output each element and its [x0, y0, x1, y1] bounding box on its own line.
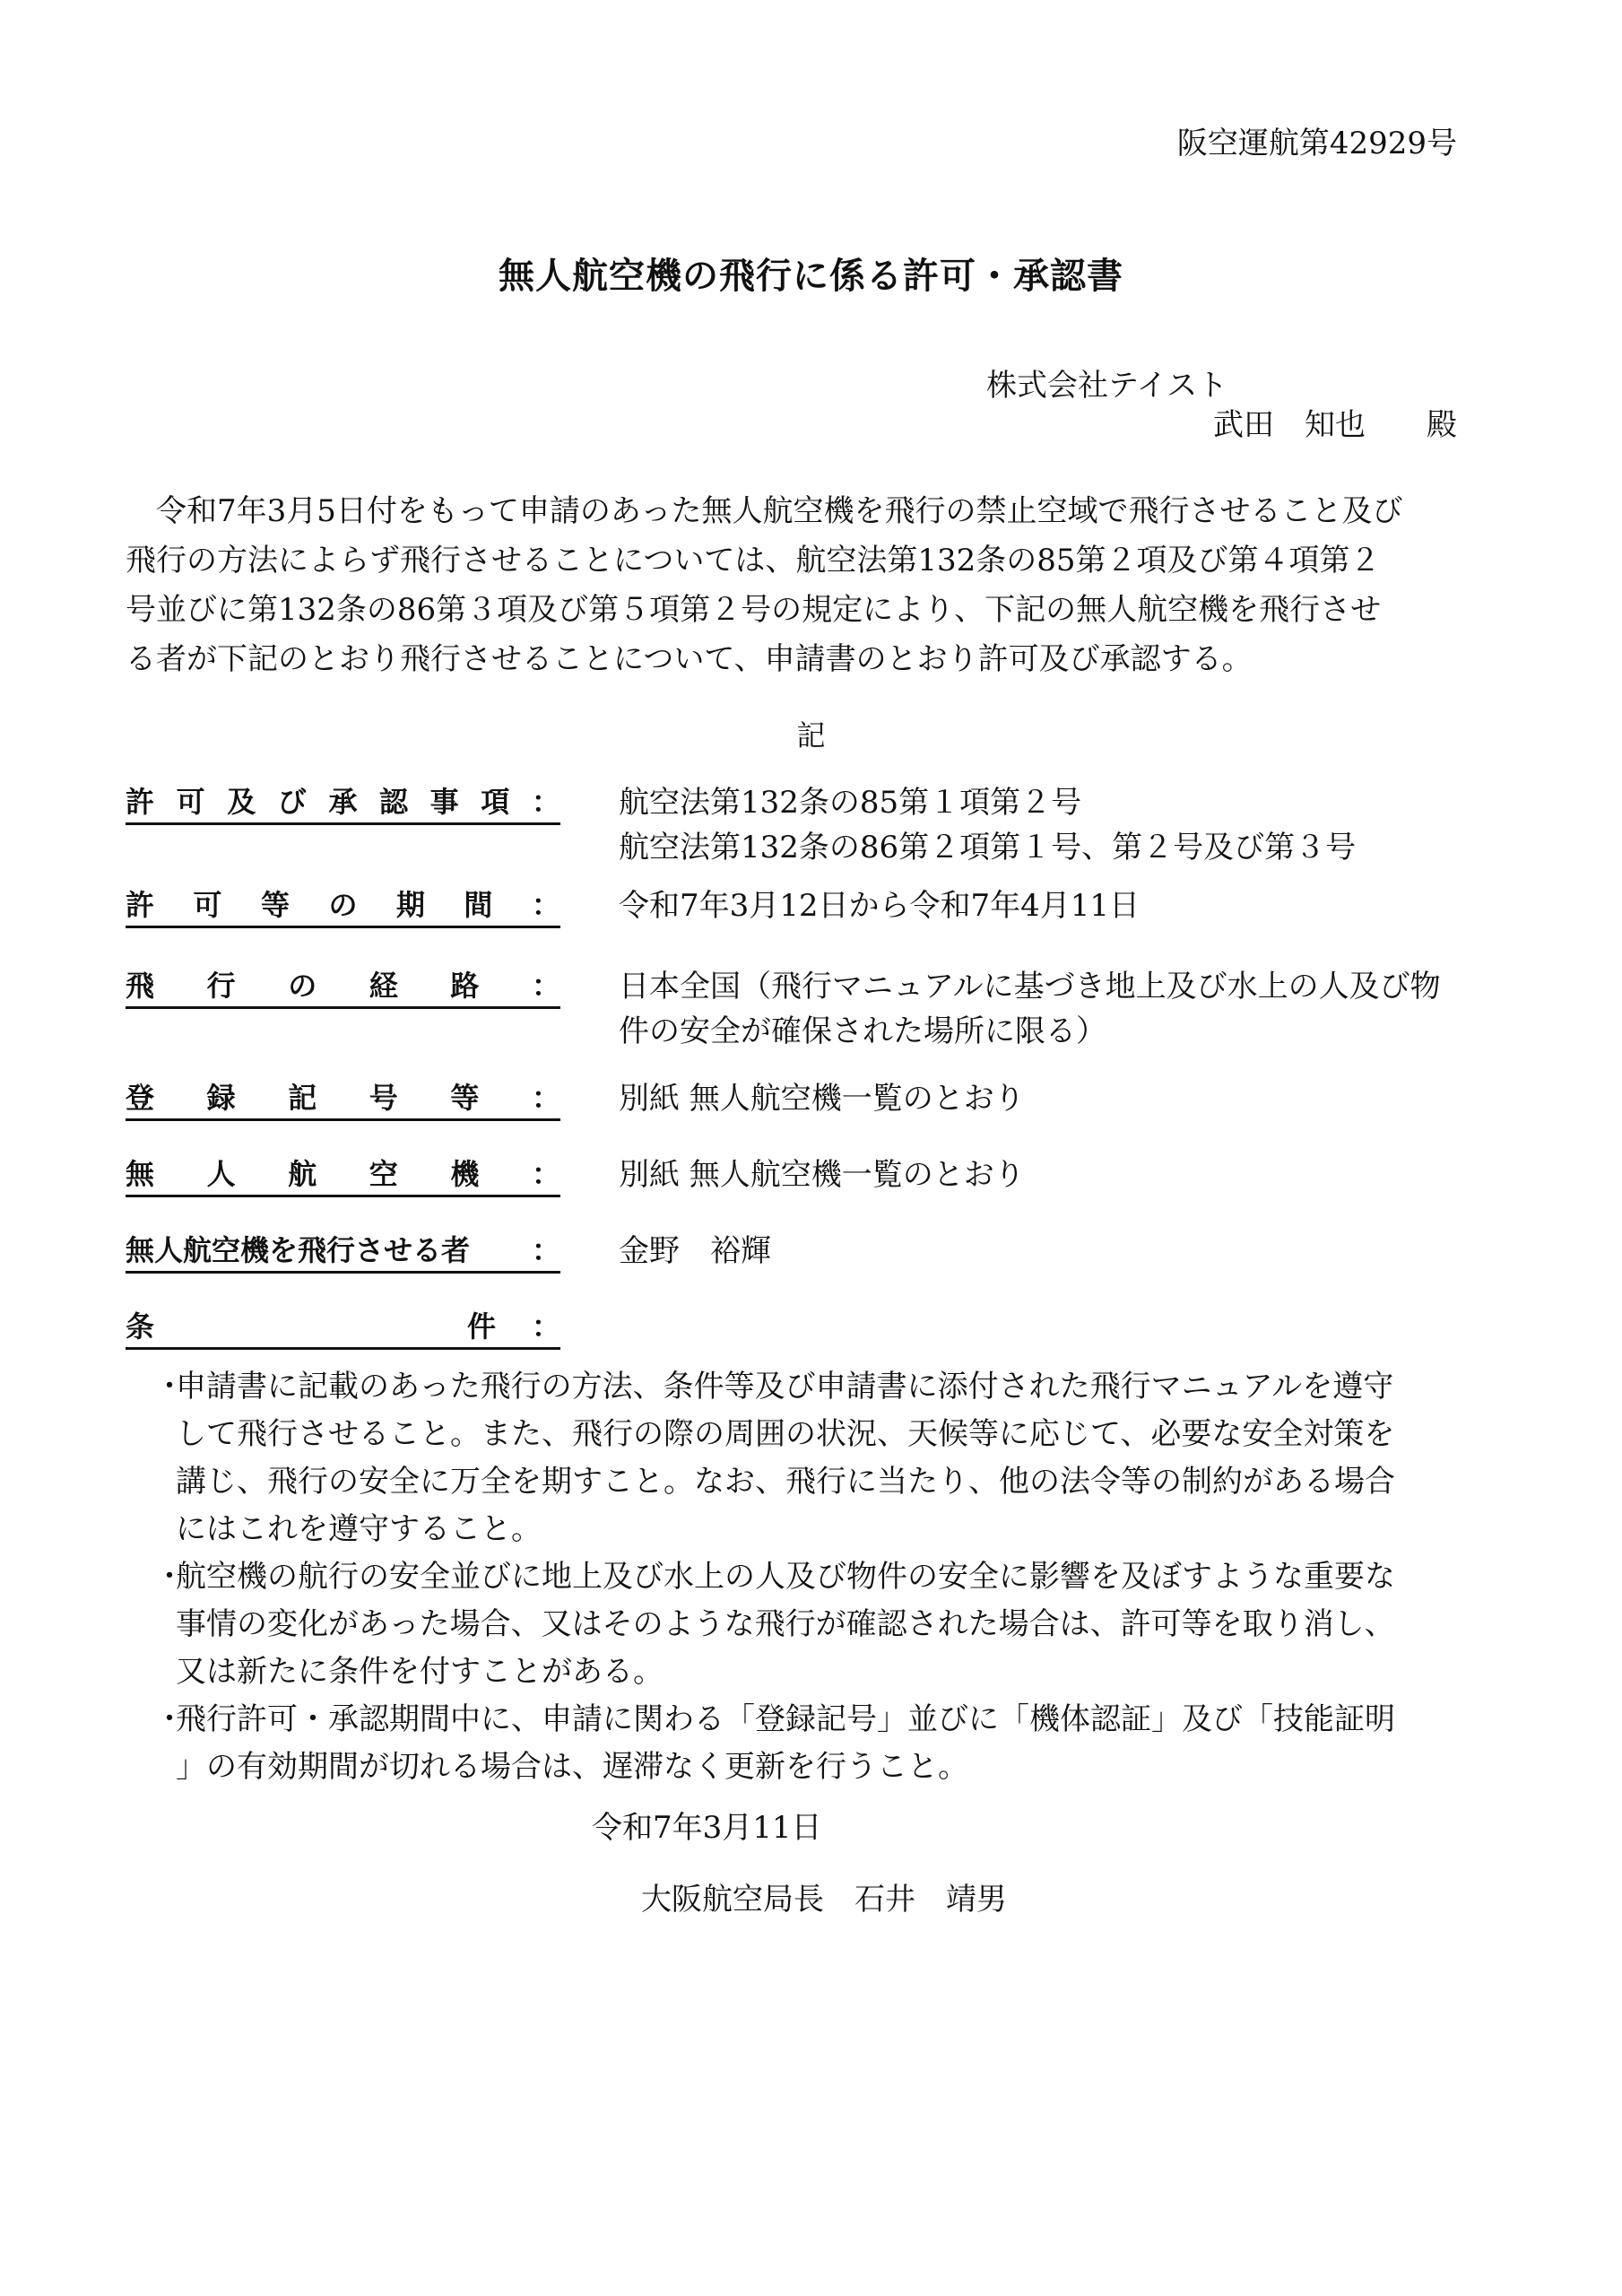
- record-label: 条 件 ：: [126, 1305, 560, 1350]
- issue-date: 令和7年3月11日: [592, 1803, 822, 1847]
- body-line: 令和7年3月5日付をもって申請のあった無人航空機を飛行の禁止空域で飛行させること…: [126, 487, 1524, 536]
- body-line: 飛行の方法によらず飛行させることについては、航空法第132条の85第２項及び第４…: [126, 536, 1524, 586]
- record-value: 別紙 無人航空機一覧のとおり: [619, 1152, 1025, 1197]
- condition-item: ・ 申請書に記載のあった飛行の方法、条件等及び申請書に添付された飛行マニュアルを…: [154, 1363, 1535, 1553]
- record-label: 飛 行 の 経 路 ：: [126, 964, 560, 1009]
- record-value: 航空法第132条の85第１項第２号 航空法第132条の86第２項第１号、第２号及…: [619, 780, 1356, 870]
- conditions-list: ・ 申請書に記載のあった飛行の方法、条件等及び申請書に添付された飛行マニュアルを…: [154, 1363, 1535, 1791]
- record-label: 許 可 及 び 承 認 事 項 ：: [126, 780, 560, 825]
- record-label: 無 人 航 空 機 ：: [126, 1152, 560, 1197]
- bullet-icon: ・: [154, 1696, 185, 1744]
- record-label: 無人航空機を飛行させる者 ：: [126, 1229, 560, 1274]
- record-value: 日本全国（飛行マニュアルに基づき地上及び水上の人及び物 件の安全が確保された場所…: [619, 964, 1441, 1054]
- record-value: 別紙 無人航空機一覧のとおり: [619, 1076, 1025, 1121]
- recipient-person: 武田 知也 殿: [1213, 400, 1457, 444]
- body-line: 号並びに第132条の86第３項及び第５項第２号の規定により、下記の無人航空機を飛…: [126, 586, 1524, 635]
- body-line: る者が下記のとおり飛行させることについて、申請書のとおり許可及び承認する。: [126, 635, 1524, 684]
- reference-number: 阪空運航第42929号: [1177, 118, 1457, 162]
- condition-item: ・ 飛行許可・承認期間中に、申請に関わる「登録記号」並びに「機体認証」及び「技能…: [154, 1696, 1535, 1791]
- ki-mark: 記: [0, 713, 1622, 754]
- record-label: 許 可 等 の 期 間 ：: [126, 883, 560, 928]
- document-title: 無人航空機の飛行に係る許可・承認書: [0, 248, 1622, 299]
- recipient-company: 株式会社テイスト: [986, 361, 1227, 404]
- record-value: 金野 裕輝: [619, 1229, 771, 1274]
- condition-item: ・ 航空機の航行の安全並びに地上及び水上の人及び物件の安全に影響を及ぼすような重…: [154, 1553, 1535, 1696]
- bullet-icon: ・: [154, 1363, 185, 1411]
- issuer-signature: 大阪航空局長 石井 靖男: [641, 1874, 1007, 1918]
- record-label: 登 録 記 号 等 ：: [126, 1076, 560, 1121]
- bullet-icon: ・: [154, 1553, 185, 1601]
- record-value: 令和7年3月12日から令和7年4月11日: [619, 883, 1140, 928]
- body-paragraph: 令和7年3月5日付をもって申請のあった無人航空機を飛行の禁止空域で飛行させること…: [126, 487, 1524, 684]
